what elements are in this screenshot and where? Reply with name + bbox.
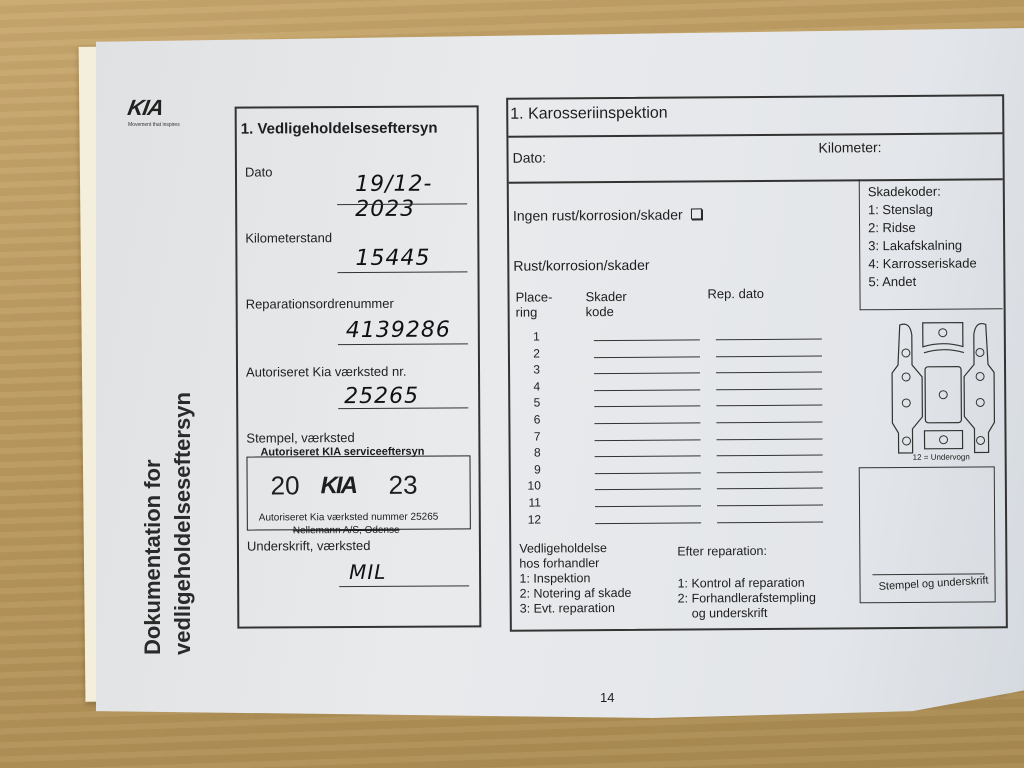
damage-code: 4: Karrosseriskade	[860, 254, 1002, 273]
stamp-year-left: 20	[271, 470, 300, 501]
row-number: 1	[518, 330, 540, 344]
stamp-year-right: 23	[389, 470, 418, 501]
row-number: 11	[519, 495, 541, 509]
row-number: 6	[518, 412, 540, 426]
rep-date-field[interactable]	[716, 355, 822, 357]
damage-code-field[interactable]	[594, 422, 700, 424]
stamp-signature-label: Stempel og underskrift	[878, 575, 989, 594]
body-inspection-form: 1. Karosseriinspektion Dato: Kilometer: …	[506, 94, 1008, 631]
damage-code-field[interactable]	[595, 472, 701, 474]
stamp-workshop-line: Autoriseret Kia værksted nummer 25265	[259, 512, 439, 524]
rep-date-field[interactable]	[717, 504, 823, 506]
signature-label: Underskrift, værksted	[247, 538, 371, 554]
rep-date-field[interactable]	[716, 388, 822, 390]
dealer-stamp-box[interactable]: Stempel og underskrift	[859, 466, 996, 603]
damage-code-field[interactable]	[594, 373, 700, 375]
inspection-km-label[interactable]: Kilometer:	[818, 139, 881, 155]
inspection-title: 1. Karosseriinspektion	[510, 105, 668, 124]
divider	[508, 132, 1002, 137]
row-number: 7	[518, 429, 540, 443]
rep-date-field[interactable]	[717, 488, 823, 490]
rep-date-field[interactable]	[717, 455, 823, 457]
row-number: 8	[519, 446, 541, 460]
damage-code-field[interactable]	[595, 456, 701, 458]
legend-line: 1: Inspektion	[519, 571, 631, 587]
signature-underline	[339, 585, 469, 587]
workshop-number-label: Autoriseret Kia værksted nr.	[246, 364, 406, 380]
maintenance-title: 1. Vedligeholdelseseftersyn	[237, 107, 477, 137]
damage-code-field[interactable]	[595, 522, 701, 524]
damage-codes-title: Skadekoder:	[860, 178, 1002, 201]
damage-code-field[interactable]	[595, 489, 701, 491]
date-value[interactable]: 19/12-2023	[355, 171, 477, 222]
kia-logo-mark: KIA	[126, 95, 182, 121]
rep-date-field[interactable]	[717, 521, 823, 523]
row-number: 2	[518, 346, 540, 360]
kia-logo: KIA Movement that inspires	[128, 95, 180, 128]
stamp-kia-logo: KIA	[321, 472, 356, 500]
damage-code-field[interactable]	[594, 339, 700, 341]
signature-value[interactable]: MIL	[349, 560, 386, 584]
km-underline	[338, 271, 468, 273]
maintenance-form: 1. Vedligeholdelseseftersyn Dato 19/12-2…	[235, 105, 482, 628]
order-number-underline	[338, 343, 468, 345]
car-body-diagram	[888, 318, 999, 459]
inspection-date-label[interactable]: Dato:	[513, 149, 547, 165]
rep-date-field[interactable]	[717, 471, 823, 473]
row-number: 3	[518, 363, 540, 377]
rep-date-field[interactable]	[716, 372, 822, 374]
workshop-number-value[interactable]: 25265	[344, 384, 419, 409]
col-placement: Place- ring	[515, 289, 552, 319]
damage-code-field[interactable]	[595, 439, 701, 441]
damage-rows: 123456789101112	[518, 330, 519, 529]
row-number: 9	[519, 462, 541, 476]
damage-code: 2: Ridse	[860, 218, 1002, 237]
damage-code-field[interactable]	[595, 505, 701, 507]
row-number: 10	[519, 479, 541, 493]
row-number: 5	[518, 396, 540, 410]
damage-code-field[interactable]	[594, 356, 700, 358]
stamp-company-line: Nellemann A/S, Odense	[293, 525, 400, 537]
no-rust-option[interactable]: Ingen rust/korrosion/skader	[513, 206, 702, 223]
rep-date-field[interactable]	[717, 438, 823, 440]
legend-line: Vedligeholdelse	[519, 541, 631, 557]
damage-code-field[interactable]	[594, 406, 700, 408]
damage-code: 5: Andet	[860, 272, 1002, 291]
damage-code-field[interactable]	[594, 389, 700, 391]
legend-line: og underskrift	[678, 606, 816, 622]
damage-codes: Skadekoder: 1: Stenslag 2: Ridse 3: Laka…	[859, 178, 1003, 310]
date-label: Dato	[245, 164, 273, 179]
row-number: 12	[519, 512, 541, 526]
km-value[interactable]: 15445	[355, 246, 430, 271]
side-title-line2: vedligeholdelseseftersyn	[168, 392, 198, 655]
order-number-value[interactable]: 4139286	[346, 318, 451, 344]
col-damage-code: Skader kode	[585, 289, 626, 319]
legend-line: 3: Evt. reparation	[520, 601, 632, 617]
rep-date-field[interactable]	[716, 422, 822, 424]
page-number: 14	[600, 690, 614, 705]
order-number-label: Reparationsordrenummer	[246, 296, 394, 312]
damage-code: 1: Stenslag	[860, 200, 1002, 219]
kia-tagline: Movement that inspires	[128, 122, 180, 128]
legend-line: 2: Notering af skade	[520, 586, 632, 602]
side-title: Dokumentation for vedligeholdelsesefters…	[138, 392, 198, 655]
workshop-number-underline	[338, 407, 468, 409]
row-number: 4	[518, 379, 540, 393]
rep-date-field[interactable]	[716, 405, 822, 407]
no-rust-label: Ingen rust/korrosion/skader	[513, 207, 683, 224]
legend-line: 1: Kontrol af reparation	[677, 576, 815, 592]
col-rep-date: Rep. dato	[707, 286, 763, 301]
side-title-line1: Dokumentation for	[138, 392, 168, 655]
checkbox-icon[interactable]	[690, 208, 701, 219]
diagram-caption: 12 = Undervogn	[913, 453, 970, 462]
legend-line: hos forhandler	[519, 556, 631, 572]
damage-code: 3: Lakafskalning	[860, 236, 1002, 255]
rep-date-field[interactable]	[716, 339, 822, 341]
stamp-top-text: Autoriseret KIA serviceeftersyn	[260, 446, 424, 459]
after-repair-legend: 1: Kontrol af reparation 2: Forhandleraf…	[677, 576, 816, 622]
legend-line: 2: Forhandlerafstempling	[678, 591, 816, 607]
after-repair-title: Efter reparation:	[677, 544, 767, 560]
maintenance-legend: Vedligeholdelse hos forhandler 1: Inspek…	[519, 541, 631, 617]
km-label: Kilometerstand	[245, 230, 332, 245]
rust-label: Rust/korrosion/skader	[513, 257, 649, 274]
stamp-label: Stempel, værksted	[246, 430, 354, 446]
